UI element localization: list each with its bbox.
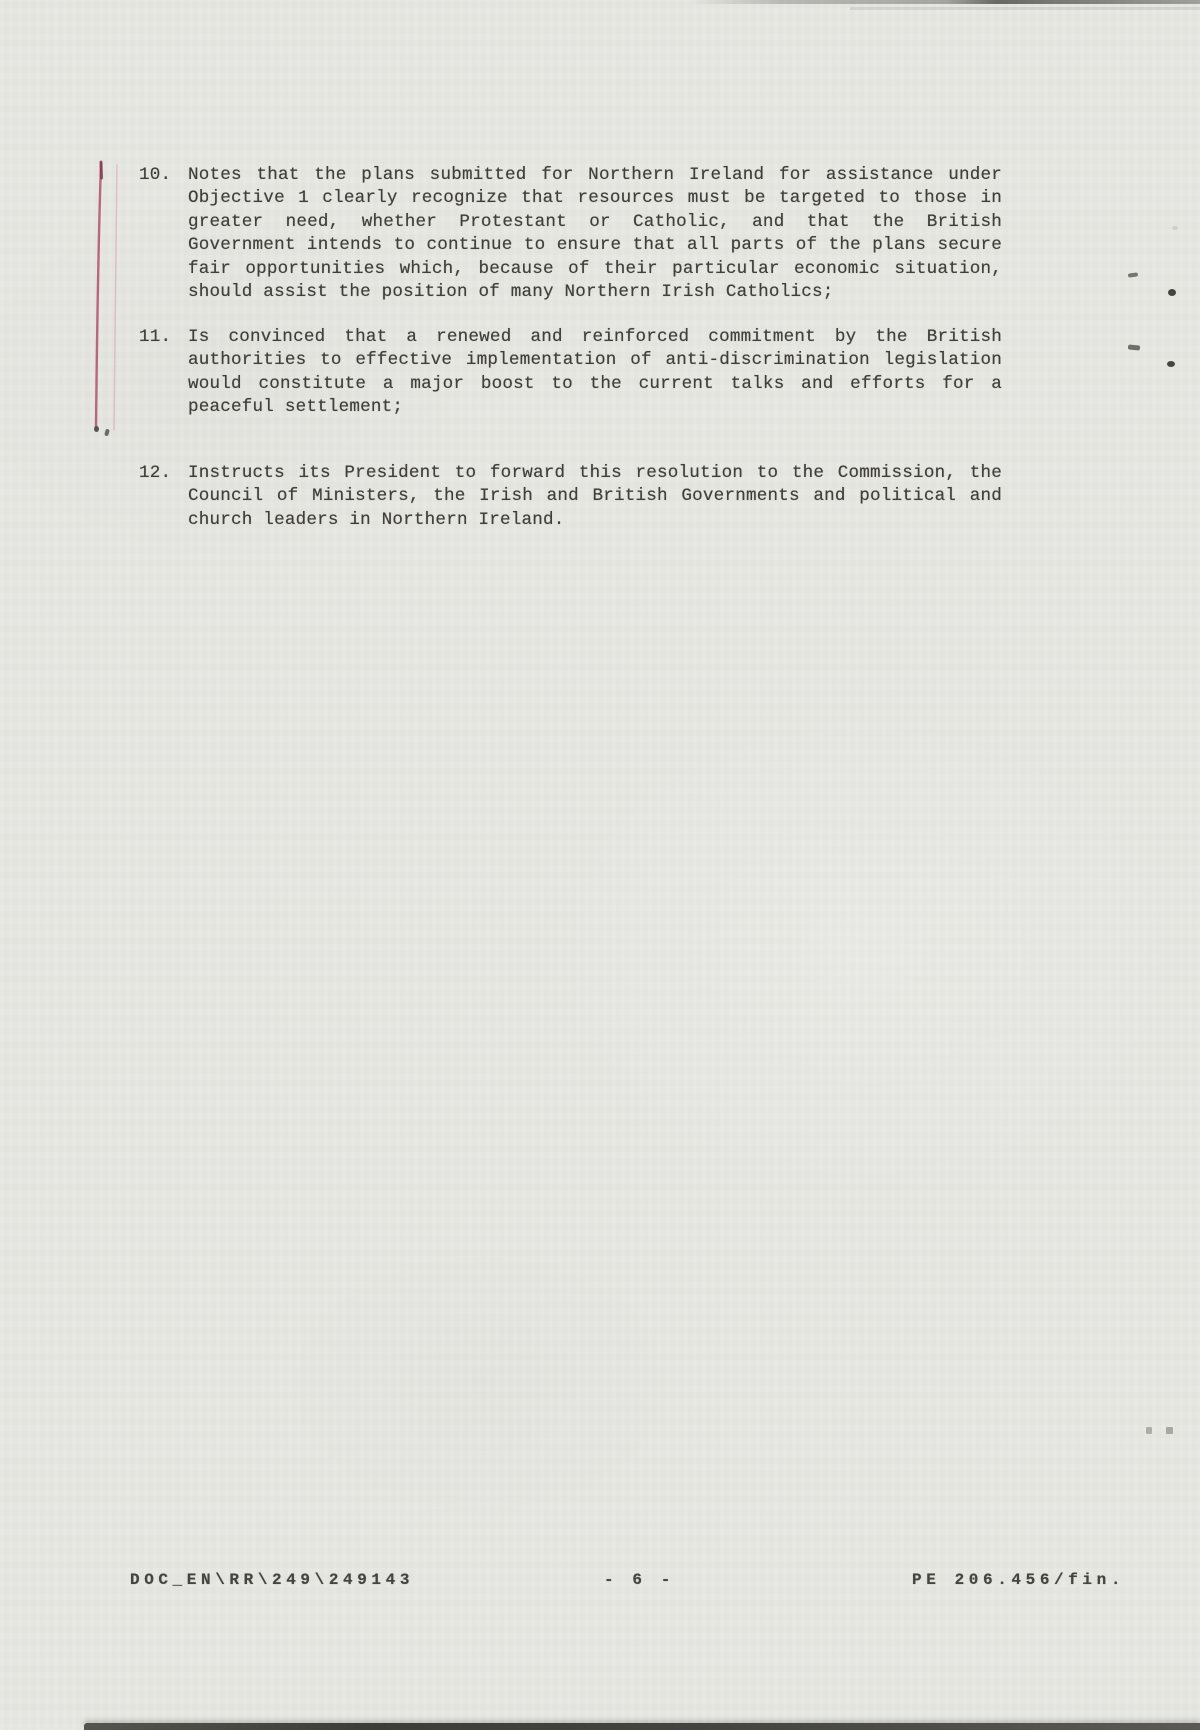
ink-speck [1172,226,1178,230]
scan-artifact-top-edge-faint [850,7,1200,10]
paragraph-line: Government intends to continue to ensure… [188,234,1002,257]
ink-speck [1168,289,1176,296]
ink-speck [1128,272,1138,277]
paragraph-line: authorities to effective implementation … [188,349,1002,372]
paragraph-10: 10. Notes that the plans submitted for N… [188,164,1002,304]
ink-speck [1166,1427,1173,1434]
paragraph-line: Objective 1 clearly recognize that resou… [188,187,1002,210]
scanned-document-page: 10. Notes that the plans submitted for N… [0,0,1200,1730]
paragraph-11: 11. Is convinced that a renewed and rein… [188,326,1002,420]
paragraph-number: 11. [139,326,171,349]
ink-speck [94,426,99,432]
paragraph-line: fair opportunities which, because of the… [188,258,1002,281]
paragraph-line: Instructs its President to forward this … [188,462,1002,485]
ink-speck [1146,1427,1152,1434]
paragraph-line: would constitute a major boost to the cu… [188,373,1002,396]
footer-page-number: - 6 - [604,1571,675,1589]
paragraph-12: 12. Instructs its President to forward t… [188,462,1002,532]
paragraph-line: greater need, whether Protestant or Cath… [188,211,1002,234]
paragraph-line: Council of Ministers, the Irish and Brit… [188,485,1002,508]
paragraph-line: peaceful settlement; [188,396,1002,419]
red-pen-margin-line [88,152,128,442]
paragraph-line: should assist the position of many North… [188,281,1002,304]
paragraph-line: church leaders in Northern Ireland. [188,509,1002,532]
paragraph-number: 10. [139,164,171,187]
footer-document-reference: DOC_EN\RR\249\249143 [130,1571,414,1589]
footer-document-code: PE 206.456/fin. [912,1571,1125,1589]
ink-speck [1167,361,1175,367]
paragraph-line: Is convinced that a renewed and reinforc… [188,326,1002,349]
ink-speck [1128,344,1140,350]
paragraph-line: Notes that the plans submitted for North… [188,164,1002,187]
scan-artifact-bottom-edge [84,1723,1200,1730]
scan-artifact-top-edge [690,0,1200,4]
paragraph-number: 12. [139,462,171,485]
